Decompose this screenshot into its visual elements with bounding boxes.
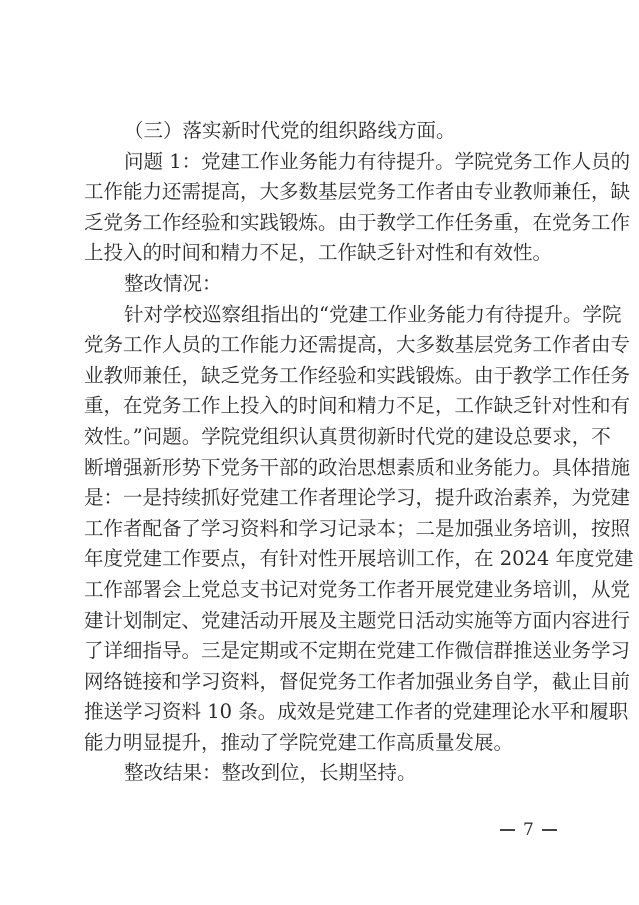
rectification-line: 网络链接和学习资料，督促党务工作者加强业务自学，截止目前 <box>84 667 562 698</box>
rectification-line: 重，在党务工作上投入的时间和精力不足，工作缺乏针对性和有 <box>84 391 562 422</box>
problem-line: 工作能力还需提高，大多数基层党务工作者由专业教师兼任，缺 <box>84 177 562 208</box>
rectification-result: 整改结果：整改到位，长期坚持。 <box>84 758 562 789</box>
rectification-paragraph: 针对学校巡察组指出的“党建工作业务能力有待提升。学院 党务工作人员的工作能力还需… <box>84 300 562 759</box>
rectification-line: 建计划制定、党建活动开展及主题党日活动实施等方面内容进行 <box>84 606 562 637</box>
problem-line: 乏党务工作经验和实践锻炼。由于教学工作任务重，在党务工作 <box>84 208 562 239</box>
page-number-value: 7 <box>523 820 534 840</box>
section-heading: （三）落实新时代党的组织路线方面。 <box>84 116 562 147</box>
rectification-line: 党务工作人员的工作能力还需提高，大多数基层党务工作者由专 <box>84 330 562 361</box>
dash-left <box>500 829 515 831</box>
rectification-line: 工作者配备了学习资料和学习记录本；二是加强业务培训，按照 <box>84 514 562 545</box>
document-page: （三）落实新时代党的组织路线方面。 问题 1：党建工作业务能力有待提升。学院党务… <box>84 116 562 789</box>
page-number: 7 <box>500 820 557 840</box>
dash-right <box>542 829 557 831</box>
problem-paragraph: 问题 1：党建工作业务能力有待提升。学院党务工作人员的 工作能力还需提高，大多数… <box>84 147 562 269</box>
rectification-line: 效性。”问题。学院党组织认真贯彻新时代党的建设总要求，不 <box>84 422 562 453</box>
rectification-line: 能力明显提升，推动了学院党建工作高质量发展。 <box>84 728 562 759</box>
problem-line: 上投入的时间和精力不足，工作缺乏针对性和有效性。 <box>84 238 562 269</box>
rectification-line: 断增强新形势下党务干部的政治思想素质和业务能力。具体措施 <box>84 453 562 484</box>
rectification-line: 年度党建工作要点，有针对性开展培训工作，在 2024 年度党建 <box>84 544 562 575</box>
problem-line: 问题 1：党建工作业务能力有待提升。学院党务工作人员的 <box>84 147 562 178</box>
rectification-line: 推送学习资料 10 条。成效是党建工作者的党建理论水平和履职 <box>84 697 562 728</box>
rectification-line: 工作部署会上党总支书记对党务工作者开展党建业务培训，从党 <box>84 575 562 606</box>
rectification-line: 了详细指导。三是定期或不定期在党建工作微信群推送业务学习 <box>84 636 562 667</box>
rectification-line: 业教师兼任，缺乏党务工作经验和实践锻炼。由于教学工作任务 <box>84 361 562 392</box>
rectification-line: 针对学校巡察组指出的“党建工作业务能力有待提升。学院 <box>84 300 562 331</box>
rectification-label: 整改情况： <box>84 269 562 300</box>
rectification-line: 是：一是持续抓好党建工作者理论学习，提升政治素养，为党建 <box>84 483 562 514</box>
